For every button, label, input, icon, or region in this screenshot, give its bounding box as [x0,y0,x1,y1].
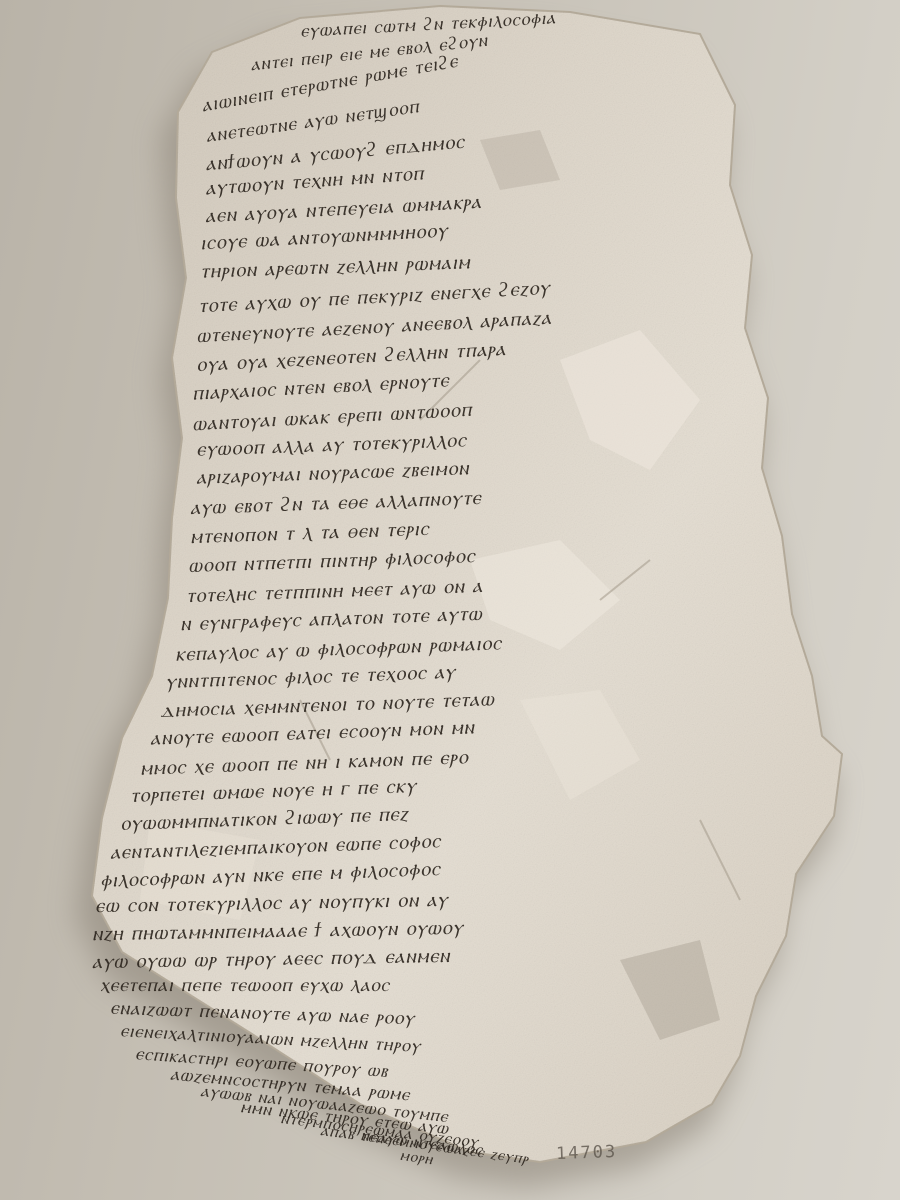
stone-texture [92,6,842,1162]
catalog-number: 14703 [556,1142,618,1164]
photo-scene: ⲉⲩⲱⲁⲡⲉⲓ ⲥⲱⲧⲙ ϩⲛ ⲧⲉⲕⲫⲓⲗⲟⲥⲟⲫⲓⲁ ⲁⲛⲧⲉⲓ ⲡⲉⲓⲣ … [0,0,900,1200]
ostracon-stone [0,0,900,1200]
